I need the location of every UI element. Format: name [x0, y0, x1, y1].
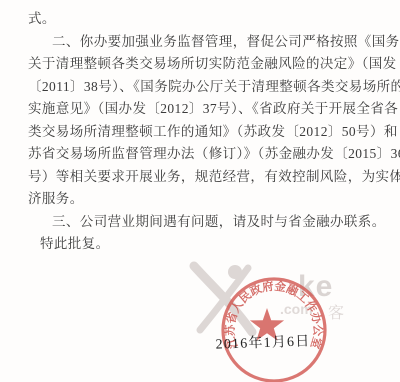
official-seal: 江苏省人民政府金融工作办公室: [218, 276, 330, 382]
text-line: 〔2011〕38号）、《国务院办公厅关于清理整顿各类交易场所的: [28, 76, 380, 99]
document-date: 2016年1月6日: [213, 330, 314, 353]
text-line: 式。: [28, 8, 380, 31]
body-lines: 式。 二、你办要加强业务监督管理，督促公司严格按照《国务院 关于清理整顿各类交易…: [28, 8, 380, 256]
text-line: 实施意见》（国办发〔2012〕37号）、《省政府关于开展全省各: [28, 98, 380, 121]
text-line: 二、你办要加强业务监督管理，督促公司严格按照《国务院: [28, 31, 380, 54]
document-page: 式。 二、你办要加强业务监督管理，督促公司严格按照《国务院 关于清理整顿各类交易…: [0, 0, 400, 382]
text-line: 三、公司营业期间遇有问题，请及时与省金融办联系。: [28, 211, 380, 234]
text-line: 苏省交易场所监督管理办法（修订）》（苏金融办发〔2015〕36: [28, 143, 380, 166]
text-line: 特此批复。: [28, 233, 380, 256]
text-line: 号）等相关要求开展业务，规范经营，有效控制风险，为实体经: [28, 166, 380, 189]
watermark-text-cn: 客: [328, 300, 344, 323]
text-line: 类交易场所清理整顿工作的通知》（苏政发〔2012〕50号）和《江: [28, 121, 380, 144]
text-line: 关于清理整顿各类交易场所切实防范金融风险的决定》（国发: [28, 53, 380, 76]
text-line: 济服务。: [28, 188, 380, 211]
